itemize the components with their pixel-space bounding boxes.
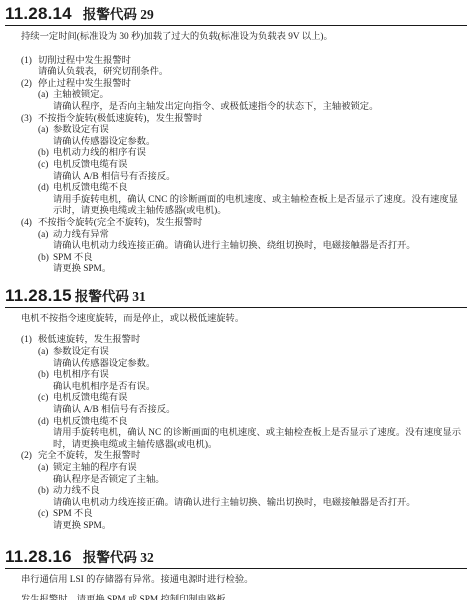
paragraph: 串行通信用 LSI 的存储器有异常。接通电源时进行检验。 bbox=[21, 575, 462, 587]
item-text: 请确认电机动力线连接正确。请确认进行主轴切换、绕组切换时，电磁接触器是否打开。 bbox=[53, 241, 416, 251]
item-text: 确认程序是否锁定了主轴。 bbox=[53, 475, 165, 485]
item-text: 请更换 SPM。 bbox=[53, 521, 111, 531]
item-marker: (4) bbox=[21, 218, 32, 230]
item-marker: (b) bbox=[38, 370, 49, 382]
item-marker: (c) bbox=[38, 393, 48, 405]
item-text: 动力线有异常 bbox=[53, 230, 109, 240]
list-item: (a)主轴被锁定。 bbox=[0, 90, 464, 102]
list-item: (d)电机反馈电缆不良 bbox=[0, 183, 464, 195]
list-item-explanation: 请用手旋转电机，确认 NC 的诊断画面的电机速度、或主轴检查板上是否显示了速度。… bbox=[0, 428, 464, 451]
list-item: (c)电机反馈电缆有误 bbox=[0, 393, 464, 405]
paragraph: 发生报警时，请更换 SPM 或 SPM 控制印制电路板。 bbox=[21, 595, 462, 600]
item-text: 电机反馈电缆有误 bbox=[53, 393, 127, 403]
section-paragraphs: 持续一定时间(标准设为 30 秒)加载了过大的负载(标准设为负载表 9V 以上)… bbox=[0, 32, 472, 44]
list-item: (b)动力线不良 bbox=[0, 486, 464, 498]
item-text: 极低速旋转，发生报警时 bbox=[38, 335, 140, 345]
item-marker: (a) bbox=[38, 463, 48, 475]
list-item-explanation: 请更换 SPM。 bbox=[0, 264, 464, 276]
item-text: 锁定主轴的程序有误 bbox=[53, 463, 137, 473]
section-title: 报警代码 29 bbox=[83, 3, 154, 23]
list-item-explanation: 请确认 A/B 相信号有否接反。 bbox=[0, 405, 464, 417]
item-marker: (1) bbox=[21, 335, 32, 347]
item-text: SPM 不良 bbox=[53, 509, 93, 519]
section-heading: 11.28.16 报警代码 32 bbox=[5, 546, 467, 569]
item-text: 切削过程中发生报警时 bbox=[38, 56, 131, 66]
item-text: 请用手旋转电机，确认 CNC 的诊断画面的电机速度、或主轴检查板上是否显示了速度… bbox=[53, 195, 458, 217]
list-item: (b)电机相序有误 bbox=[0, 370, 464, 382]
section-heading: 11.28.14 报警代码 29 bbox=[5, 3, 467, 26]
section-item-list: (1)极低速旋转，发生报警时(a)参数设定有误请确认传感器设定参数。(b)电机相… bbox=[0, 335, 472, 532]
list-item-explanation: 请确认传感器设定参数。 bbox=[0, 137, 464, 149]
item-text: 请更换 SPM。 bbox=[53, 264, 111, 274]
list-item-explanation: 请确认程序，是否向主轴发出定向指令、或极低速指令的状态下，主轴被锁定。 bbox=[0, 102, 464, 114]
item-text: 请确认传感器设定参数。 bbox=[53, 359, 155, 369]
item-marker: (b) bbox=[38, 148, 49, 160]
item-text: 电机反馈电缆不良 bbox=[53, 183, 127, 193]
list-item: (c)电机反馈电缆有误 bbox=[0, 160, 464, 172]
list-item: (a)锁定主轴的程序有误 bbox=[0, 463, 464, 475]
item-text: 确认电机相序是否有误。 bbox=[53, 382, 155, 392]
item-marker: (3) bbox=[21, 114, 32, 126]
item-marker: (a) bbox=[38, 230, 48, 242]
item-text: 完全不旋转，发生报警时 bbox=[38, 451, 140, 461]
item-marker: (2) bbox=[21, 79, 32, 91]
list-item-explanation: 请用手旋转电机，确认 CNC 的诊断画面的电机速度、或主轴检查板上是否显示了速度… bbox=[0, 195, 464, 218]
section-alarm-code-32: 11.28.16 报警代码 32 串行通信用 LSI 的存储器有异常。接通电源时… bbox=[0, 546, 472, 600]
section-number: 11.28.16 bbox=[5, 547, 72, 567]
item-marker: (c) bbox=[38, 509, 48, 521]
item-text: 动力线不良 bbox=[53, 486, 100, 496]
list-item-explanation: 请更换 SPM。 bbox=[0, 521, 464, 533]
section-paragraphs: 串行通信用 LSI 的存储器有异常。接通电源时进行检验。发生报警时，请更换 SP… bbox=[0, 575, 472, 600]
list-item: (1)切削过程中发生报警时 bbox=[0, 56, 464, 68]
paragraph: 电机不按指令速度旋转，而是停止，或以极低速旋转。 bbox=[21, 314, 462, 326]
item-text: 主轴被锁定。 bbox=[53, 90, 109, 100]
item-marker: (c) bbox=[38, 160, 48, 172]
item-text: 请用手旋转电机，确认 NC 的诊断画面的电机速度、或主轴检查板上是否显示了速度。… bbox=[53, 428, 461, 450]
list-item: (d)电机反馈电缆不良 bbox=[0, 417, 464, 429]
item-marker: (d) bbox=[38, 417, 49, 429]
list-item-explanation: 请确认负载表，研究切削条件。 bbox=[0, 67, 464, 79]
list-item: (4)不按指令旋转(完全不旋转)，发生报警时 bbox=[0, 218, 464, 230]
list-item-explanation: 请确认传感器设定参数。 bbox=[0, 359, 464, 371]
list-item: (c)SPM 不良 bbox=[0, 509, 464, 521]
section-heading: 11.28.15 报警代码 31 bbox=[5, 285, 467, 308]
list-item: (b)电机动力线的相序有误 bbox=[0, 148, 464, 160]
section-title: 报警代码 32 bbox=[83, 546, 154, 566]
item-text: SPM 不良 bbox=[53, 253, 93, 263]
list-item: (a)动力线有异常 bbox=[0, 230, 464, 242]
item-text: 电机相序有误 bbox=[53, 370, 109, 380]
list-item-explanation: 确认电机相序是否有误。 bbox=[0, 382, 464, 394]
item-marker: (d) bbox=[38, 183, 49, 195]
item-text: 请确认电机动力线连接正确。请确认进行主轴切换、输出切换时，电磁接触器是否打开。 bbox=[53, 498, 416, 508]
section-title: 报警代码 31 bbox=[75, 285, 146, 305]
section-number: 11.28.15 bbox=[5, 286, 72, 306]
section-number: 11.28.14 bbox=[5, 4, 72, 24]
item-marker: (b) bbox=[38, 253, 49, 265]
item-marker: (b) bbox=[38, 486, 49, 498]
list-item-explanation: 请确认 A/B 相信号有否接反。 bbox=[0, 172, 464, 184]
item-text: 请确认 A/B 相信号有否接反。 bbox=[53, 172, 175, 182]
item-text: 不按指令旋转(完全不旋转)，发生报警时 bbox=[38, 218, 202, 228]
list-item: (2)完全不旋转，发生报警时 bbox=[0, 451, 464, 463]
item-text: 停止过程中发生报警时 bbox=[38, 79, 131, 89]
item-text: 参数设定有误 bbox=[53, 347, 109, 357]
list-item: (1)极低速旋转，发生报警时 bbox=[0, 335, 464, 347]
item-text: 电机反馈电缆有误 bbox=[53, 160, 127, 170]
item-text: 电机反馈电缆不良 bbox=[53, 417, 127, 427]
item-marker: (a) bbox=[38, 347, 48, 359]
item-text: 请确认程序，是否向主轴发出定向指令、或极低速指令的状态下，主轴被锁定。 bbox=[53, 102, 378, 112]
item-text: 请确认传感器设定参数。 bbox=[53, 137, 155, 147]
list-item-explanation: 请确认电机动力线连接正确。请确认进行主轴切换、输出切换时，电磁接触器是否打开。 bbox=[0, 498, 464, 510]
item-marker: (a) bbox=[38, 125, 48, 137]
item-text: 参数设定有误 bbox=[53, 125, 109, 135]
manual-page: 11.28.14 报警代码 29 持续一定时间(标准设为 30 秒)加载了过大的… bbox=[0, 0, 472, 600]
section-alarm-code-31: 11.28.15 报警代码 31 电机不按指令速度旋转，而是停止，或以极低速旋转… bbox=[0, 285, 472, 533]
section-alarm-code-29: 11.28.14 报警代码 29 持续一定时间(标准设为 30 秒)加载了过大的… bbox=[0, 3, 472, 276]
item-marker: (a) bbox=[38, 90, 48, 102]
section-item-list: (1)切削过程中发生报警时请确认负载表，研究切削条件。(2)停止过程中发生报警时… bbox=[0, 56, 472, 276]
item-text: 不按指令旋转(极低速旋转)，发生报警时 bbox=[38, 114, 202, 124]
item-marker: (2) bbox=[21, 451, 32, 463]
item-marker: (1) bbox=[21, 56, 32, 68]
list-item: (a)参数设定有误 bbox=[0, 125, 464, 137]
list-item-explanation: 请确认电机动力线连接正确。请确认进行主轴切换、绕组切换时，电磁接触器是否打开。 bbox=[0, 241, 464, 253]
section-paragraphs: 电机不按指令速度旋转，而是停止，或以极低速旋转。 bbox=[0, 314, 472, 326]
list-item-explanation: 确认程序是否锁定了主轴。 bbox=[0, 475, 464, 487]
list-item: (b)SPM 不良 bbox=[0, 253, 464, 265]
item-text: 请确认 A/B 相信号有否接反。 bbox=[53, 405, 175, 415]
paragraph: 持续一定时间(标准设为 30 秒)加载了过大的负载(标准设为负载表 9V 以上)… bbox=[21, 32, 462, 44]
list-item: (2)停止过程中发生报警时 bbox=[0, 79, 464, 91]
item-text: 电机动力线的相序有误 bbox=[53, 148, 146, 158]
list-item: (3)不按指令旋转(极低速旋转)，发生报警时 bbox=[0, 114, 464, 126]
list-item: (a)参数设定有误 bbox=[0, 347, 464, 359]
item-text: 请确认负载表，研究切削条件。 bbox=[38, 67, 168, 77]
